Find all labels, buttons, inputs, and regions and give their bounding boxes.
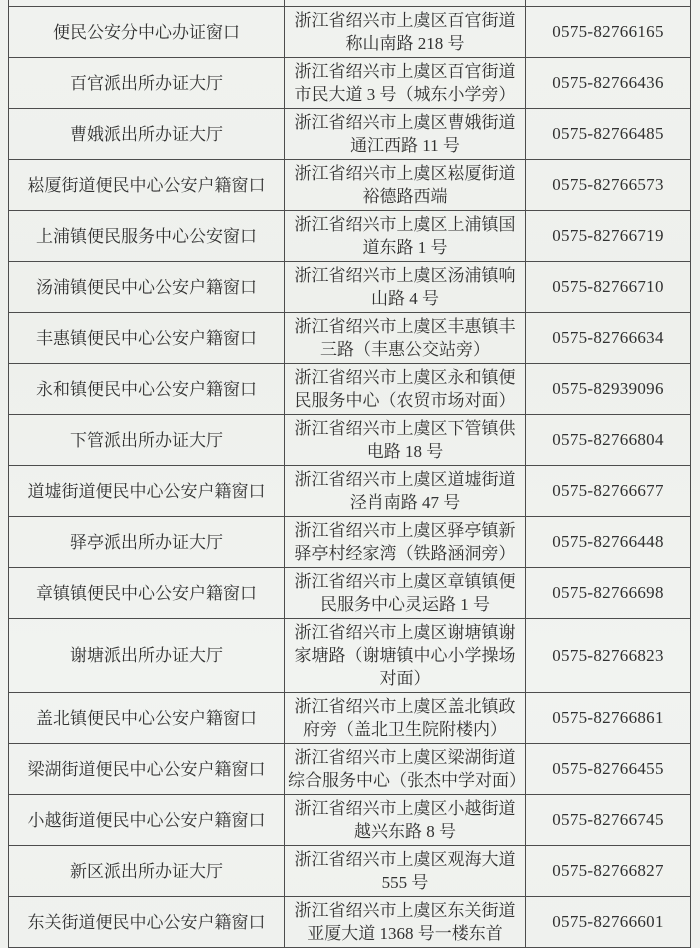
address-cell: 浙江省绍兴市上虞区盖北镇政府旁（盖北卫生院附楼内） [285,693,526,744]
office-name-cell: 丰惠镇便民中心公安户籍窗口 [9,313,285,364]
office-name-cell: 汤浦镇便民中心公安户籍窗口 [9,262,285,313]
office-name-cell: 新区派出所办证大厅 [9,846,285,897]
office-name-cell: 东关街道便民中心公安户籍窗口 [9,897,285,948]
address-line: 三路（丰惠公交站旁） [288,338,522,361]
address-line: 民服务中心灵运路 1 号 [288,593,522,616]
table-body: 便民公安分中心办证窗口 浙江省绍兴市上虞区百官街道称山南路 218 号 0575… [9,0,691,948]
address-line: 浙江省绍兴市上虞区百官街道 [288,60,522,83]
office-name-cell: 小越街道便民中心公安户籍窗口 [9,795,285,846]
office-name-cell: 道墟街道便民中心公安户籍窗口 [9,466,285,517]
office-name-cell: 便民公安分中心办证窗口 [9,7,285,58]
phone-number-cell: 0575-82766827 [526,846,691,897]
office-name-cell: 百官派出所办证大厅 [9,58,285,109]
address-cell: 浙江省绍兴市上虞区驿亭镇新驿亭村经家湾（铁路涵洞旁） [285,517,526,568]
address-cell: 浙江省绍兴市上虞区小越街道越兴东路 8 号 [285,795,526,846]
office-name-cell: 驿亭派出所办证大厅 [9,517,285,568]
table-row: 梁湖街道便民中心公安户籍窗口 浙江省绍兴市上虞区梁湖街道综合服务中心（张杰中学对… [9,744,691,795]
address-line: 555 号 [288,871,522,894]
table-row: 便民公安分中心办证窗口 浙江省绍兴市上虞区百官街道称山南路 218 号 0575… [9,7,691,58]
table-row: 小越街道便民中心公安户籍窗口 浙江省绍兴市上虞区小越街道越兴东路 8 号 057… [9,795,691,846]
address-line: 浙江省绍兴市上虞区百官街道 [288,9,522,32]
table-row: 东关街道便民中心公安户籍窗口 浙江省绍兴市上虞区东关街道亚厦大道 1368 号一… [9,897,691,948]
address-line: 浙江省绍兴市上虞区汤浦镇响 [288,264,522,287]
address-line: 驿亭村经家湾（铁路涵洞旁） [288,542,522,565]
address-cell: 浙江省绍兴市上虞区谢塘镇谢家塘路（谢塘镇中心小学操场对面） [285,619,526,693]
phone-number-cell: 0575-82766455 [526,744,691,795]
address-cell: 浙江省绍兴市上虞区崧厦街道裕德路西端 [285,160,526,211]
address-line: 民服务中心（农贸市场对面） [288,389,522,412]
address-line: 府旁（盖北卫生院附楼内） [288,718,522,741]
office-name-cell: 下管派出所办证大厅 [9,415,285,466]
phone-number-cell: 0575-82766804 [526,415,691,466]
phone-number-cell: 0575-82766165 [526,7,691,58]
office-name-cell: 永和镇便民中心公安户籍窗口 [9,364,285,415]
table-row: 曹娥派出所办证大厅 浙江省绍兴市上虞区曹娥街道通江西路 11 号 0575-82… [9,109,691,160]
address-cell: 浙江省绍兴市上虞区百官街道市民大道 3 号（城东小学旁） [285,58,526,109]
address-line: 对面） [288,667,522,690]
address-cell: 浙江省绍兴市上虞区丰惠镇丰三路（丰惠公交站旁） [285,313,526,364]
address-cell: 浙江省绍兴市上虞区曹娥街道通江西路 11 号 [285,109,526,160]
table-row: 汤浦镇便民中心公安户籍窗口 浙江省绍兴市上虞区汤浦镇响山路 4 号 0575-8… [9,262,691,313]
phone-number-cell: 0575-82766634 [526,313,691,364]
document-photo: 便民公安分中心办证窗口 浙江省绍兴市上虞区百官街道称山南路 218 号 0575… [0,0,700,948]
phone-number-cell: 0575-82766436 [526,58,691,109]
phone-number-cell: 0575-82766719 [526,211,691,262]
address-line: 市民大道 3 号（城东小学旁） [288,83,522,106]
table-row: 丰惠镇便民中心公安户籍窗口 浙江省绍兴市上虞区丰惠镇丰三路（丰惠公交站旁） 05… [9,313,691,364]
address-cell: 浙江省绍兴市上虞区东关街道亚厦大道 1368 号一楼东首 [285,897,526,948]
phone-number-cell: 0575-82766448 [526,517,691,568]
address-line: 浙江省绍兴市上虞区驿亭镇新 [288,519,522,542]
table-row: 章镇镇便民中心公安户籍窗口 浙江省绍兴市上虞区章镇镇便民服务中心灵运路 1 号 … [9,568,691,619]
address-line: 通江西路 11 号 [288,134,522,157]
address-line: 浙江省绍兴市上虞区谢塘镇谢 [288,621,522,644]
address-line: 裕德路西端 [288,185,522,208]
table-row: 谢塘派出所办证大厅 浙江省绍兴市上虞区谢塘镇谢家塘路（谢塘镇中心小学操场对面） … [9,619,691,693]
phone-number-cell: 0575-82766823 [526,619,691,693]
table-row: 上浦镇便民服务中心公安窗口 浙江省绍兴市上虞区上浦镇国道东路 1 号 0575-… [9,211,691,262]
address-line: 道东路 1 号 [288,236,522,259]
address-cell: 浙江省绍兴市上虞区汤浦镇响山路 4 号 [285,262,526,313]
address-line: 浙江省绍兴市上虞区观海大道 [288,848,522,871]
address-line: 山路 4 号 [288,287,522,310]
address-line: 浙江省绍兴市上虞区道墟街道 [288,468,522,491]
phone-number-cell: 0575-82766677 [526,466,691,517]
address-line: 称山南路 218 号 [288,32,522,55]
address-cell: 浙江省绍兴市上虞区道墟街道泾肖南路 47 号 [285,466,526,517]
office-name-cell: 盖北镇便民中心公安户籍窗口 [9,693,285,744]
table-row: 崧厦街道便民中心公安户籍窗口 浙江省绍兴市上虞区崧厦街道裕德路西端 0575-8… [9,160,691,211]
table-row: 永和镇便民中心公安户籍窗口 浙江省绍兴市上虞区永和镇便民服务中心（农贸市场对面）… [9,364,691,415]
address-line: 浙江省绍兴市上虞区永和镇便 [288,366,522,389]
table-row: 新区派出所办证大厅 浙江省绍兴市上虞区观海大道555 号 0575-827668… [9,846,691,897]
table-row: 百官派出所办证大厅 浙江省绍兴市上虞区百官街道市民大道 3 号（城东小学旁） 0… [9,58,691,109]
address-cell: 浙江省绍兴市上虞区百官街道称山南路 218 号 [285,7,526,58]
address-line: 亚厦大道 1368 号一楼东首 [288,922,522,945]
address-line: 浙江省绍兴市上虞区东关街道 [288,899,522,922]
table-row: 盖北镇便民中心公安户籍窗口 浙江省绍兴市上虞区盖北镇政府旁（盖北卫生院附楼内） … [9,693,691,744]
address-line: 浙江省绍兴市上虞区下管镇供 [288,417,522,440]
table-row: 下管派出所办证大厅 浙江省绍兴市上虞区下管镇供电路 18 号 0575-8276… [9,415,691,466]
phone-number-cell: 0575-82766861 [526,693,691,744]
phone-number-cell: 0575-82766710 [526,262,691,313]
phone-number-cell: 0575-82766698 [526,568,691,619]
address-line: 家塘路（谢塘镇中心小学操场 [288,644,522,667]
phone-number-cell: 0575-82939096 [526,364,691,415]
address-line: 综合服务中心（张杰中学对面） [288,769,522,792]
address-line: 浙江省绍兴市上虞区梁湖街道 [288,746,522,769]
address-line: 浙江省绍兴市上虞区曹娥街道 [288,111,522,134]
service-centers-table: 便民公安分中心办证窗口 浙江省绍兴市上虞区百官街道称山南路 218 号 0575… [8,0,691,948]
office-name-cell: 谢塘派出所办证大厅 [9,619,285,693]
address-cell: 浙江省绍兴市上虞区下管镇供电路 18 号 [285,415,526,466]
address-line: 浙江省绍兴市上虞区崧厦街道 [288,162,522,185]
office-name-cell: 梁湖街道便民中心公安户籍窗口 [9,744,285,795]
phone-number-cell: 0575-82766601 [526,897,691,948]
table-row: 驿亭派出所办证大厅 浙江省绍兴市上虞区驿亭镇新驿亭村经家湾（铁路涵洞旁） 057… [9,517,691,568]
office-name-cell: 章镇镇便民中心公安户籍窗口 [9,568,285,619]
address-line: 浙江省绍兴市上虞区丰惠镇丰 [288,315,522,338]
address-line: 浙江省绍兴市上虞区章镇镇便 [288,570,522,593]
address-line: 电路 18 号 [288,440,522,463]
address-cell: 浙江省绍兴市上虞区永和镇便民服务中心（农贸市场对面） [285,364,526,415]
address-line: 泾肖南路 47 号 [288,491,522,514]
phone-number-cell: 0575-82766573 [526,160,691,211]
address-line: 浙江省绍兴市上虞区小越街道 [288,797,522,820]
address-cell: 浙江省绍兴市上虞区梁湖街道综合服务中心（张杰中学对面） [285,744,526,795]
phone-number-cell: 0575-82766745 [526,795,691,846]
address-line: 浙江省绍兴市上虞区上浦镇国 [288,213,522,236]
address-line: 越兴东路 8 号 [288,820,522,843]
address-cell: 浙江省绍兴市上虞区观海大道555 号 [285,846,526,897]
address-line: 浙江省绍兴市上虞区盖北镇政 [288,695,522,718]
office-name-cell: 崧厦街道便民中心公安户籍窗口 [9,160,285,211]
address-cell: 浙江省绍兴市上虞区章镇镇便民服务中心灵运路 1 号 [285,568,526,619]
office-name-cell: 上浦镇便民服务中心公安窗口 [9,211,285,262]
office-name-cell: 曹娥派出所办证大厅 [9,109,285,160]
address-cell: 浙江省绍兴市上虞区上浦镇国道东路 1 号 [285,211,526,262]
table-row: 道墟街道便民中心公安户籍窗口 浙江省绍兴市上虞区道墟街道泾肖南路 47 号 05… [9,466,691,517]
phone-number-cell: 0575-82766485 [526,109,691,160]
